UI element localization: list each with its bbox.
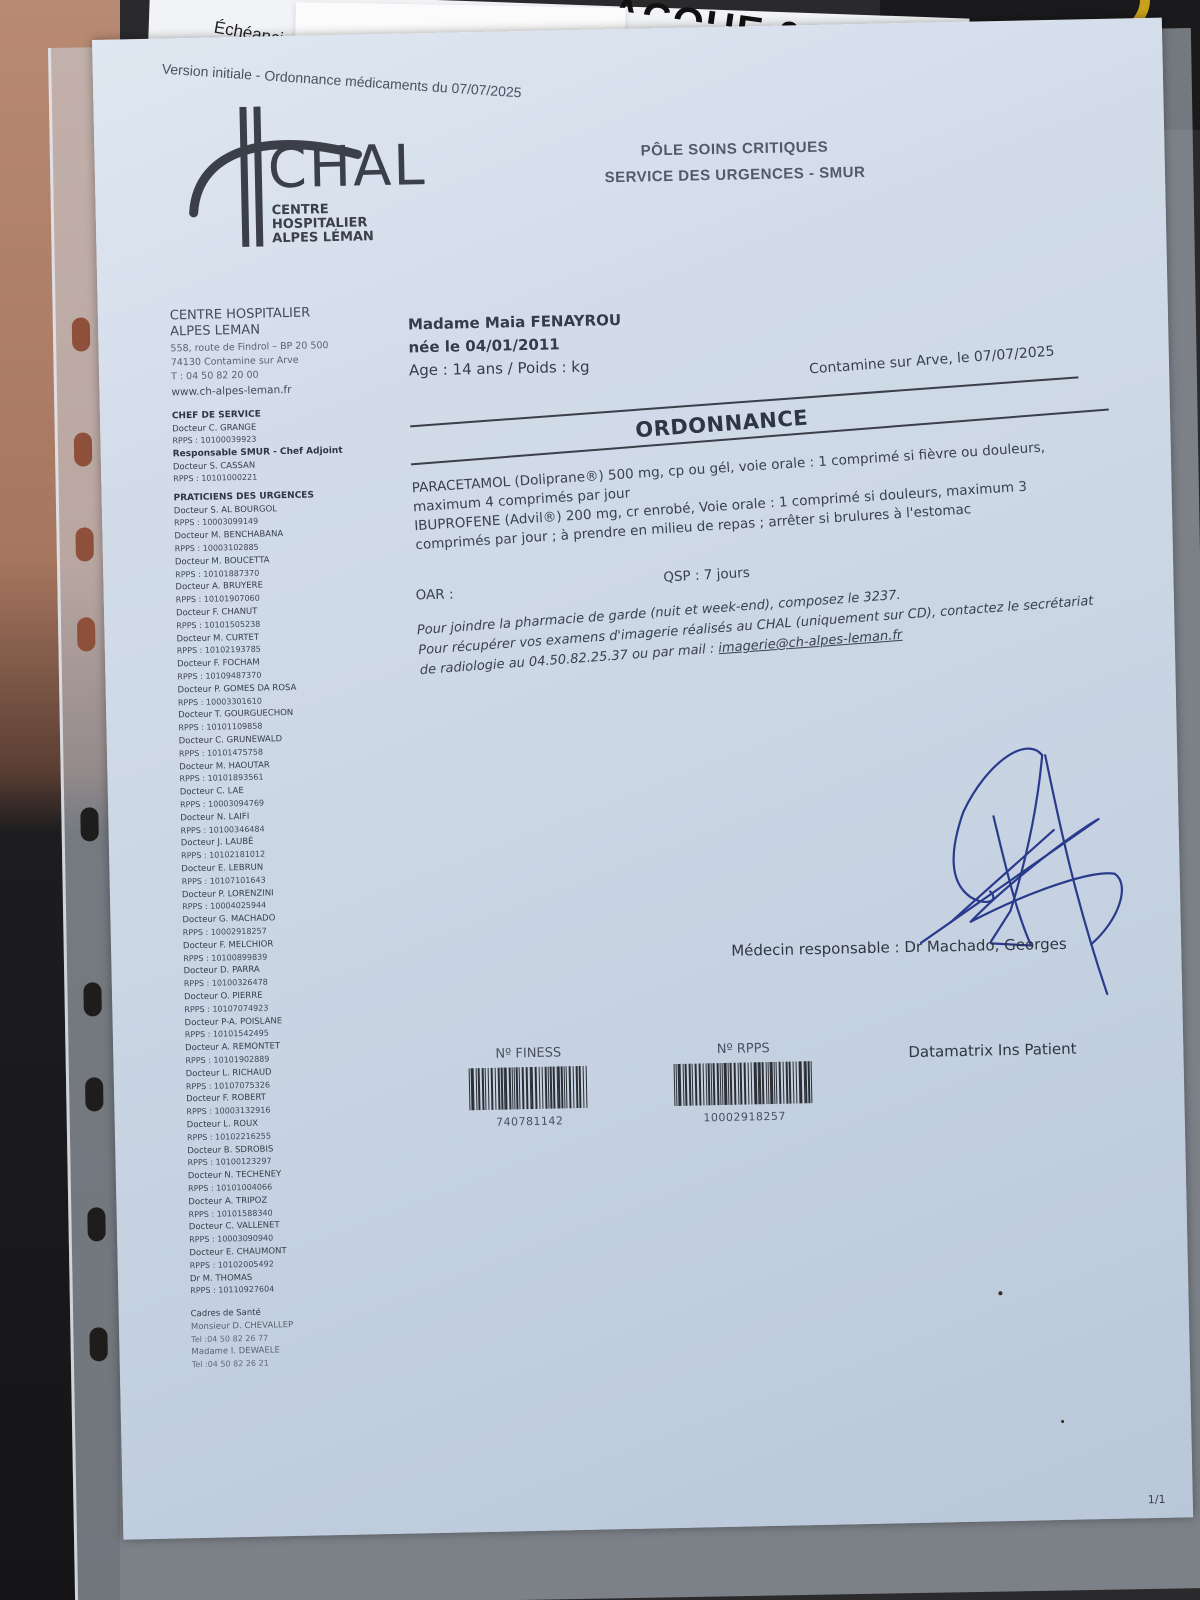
- punch-hole: [87, 1207, 106, 1241]
- org-name: CENTRE HOSPITALIER ALPES LEMAN: [170, 304, 361, 340]
- rpps-block: Nº RPPS 10002918257: [673, 1040, 815, 1125]
- patient-name: Madame Maia FENAYROU: [408, 309, 621, 336]
- dirt-speck: [1061, 1420, 1064, 1423]
- smur-rpps: RPPS : 10101000221: [173, 470, 363, 487]
- org-address: 558, route de Findrol – BP 20 500 74130 …: [170, 338, 361, 384]
- rpps-number: 10002918257: [675, 1109, 815, 1125]
- finess-number: 740781142: [470, 1114, 590, 1130]
- datamatrix-label: Datamatrix Ins Patient: [908, 1040, 1077, 1062]
- rpps-label: Nº RPPS: [673, 1040, 813, 1058]
- department-header: PÔLE SOINS CRITIQUES SERVICE DES URGENCE…: [594, 119, 876, 207]
- cadre-phone: Tel :04 50 82 26 21: [192, 1356, 382, 1373]
- patient-block: Madame Maia FENAYROU née le 04/01/2011 A…: [408, 309, 622, 382]
- hospital-sidebar: CENTRE HOSPITALIER ALPES LEMAN 558, rout…: [170, 304, 382, 1372]
- punch-hole: [85, 1077, 104, 1111]
- org-name-line2: ALPES LEMAN: [170, 320, 360, 340]
- place-date: Contamine sur Arve, le 07/07/2025: [809, 343, 1055, 377]
- finess-block: Nº FINESS 740781142: [468, 1045, 590, 1129]
- qsp-duration: QSP : 7 jours: [663, 565, 750, 586]
- punch-hole: [89, 1327, 108, 1361]
- punch-hole: [83, 982, 102, 1016]
- finess-label: Nº FINESS: [468, 1045, 588, 1063]
- org-website[interactable]: www.ch-alpes-leman.fr: [171, 382, 361, 398]
- doctor-signature: [886, 718, 1132, 1003]
- logo-name: CHAL: [267, 133, 427, 201]
- finess-barcode-icon: [469, 1066, 590, 1111]
- org-phone: T : 04 50 82 20 00: [171, 366, 361, 384]
- page-number: 1/1: [1148, 1493, 1166, 1506]
- oar-field: OAR :: [416, 587, 454, 604]
- version-line: Version initiale - Ordonnance médicament…: [161, 61, 522, 101]
- document-title: ORDONNANCE: [635, 406, 809, 443]
- patient-age-weight: Age : 14 ans / Poids : kg: [409, 355, 622, 382]
- info-block: Pour joindre la pharmacie de garde (nuit…: [416, 572, 1099, 682]
- logo-subtitle-line1: CENTRE HOSPITALIER: [271, 201, 424, 232]
- service-name: SERVICE DES URGENCES - SMUR: [594, 145, 875, 207]
- praticiens-list: Docteur S. AL BOURGOLRPPS : 10003099149D…: [174, 501, 381, 1298]
- dirt-speck: [998, 1291, 1002, 1295]
- hospital-logo: CHAL CENTRE HOSPITALIER ALPES LÉMAN: [181, 103, 424, 258]
- punch-hole: [72, 317, 91, 351]
- punch-hole: [77, 617, 96, 651]
- logo-subtitle: CENTRE HOSPITALIER ALPES LÉMAN: [271, 201, 424, 246]
- punch-hole: [80, 807, 99, 841]
- prescription-sheet: Version initiale - Ordonnance médicament…: [92, 18, 1193, 1540]
- rpps-barcode-icon: [674, 1061, 815, 1106]
- punch-hole: [75, 527, 94, 561]
- punch-hole: [74, 432, 93, 466]
- cadres-list: Monsieur D. CHEVALLEPTel :04 50 82 26 77…: [191, 1317, 382, 1372]
